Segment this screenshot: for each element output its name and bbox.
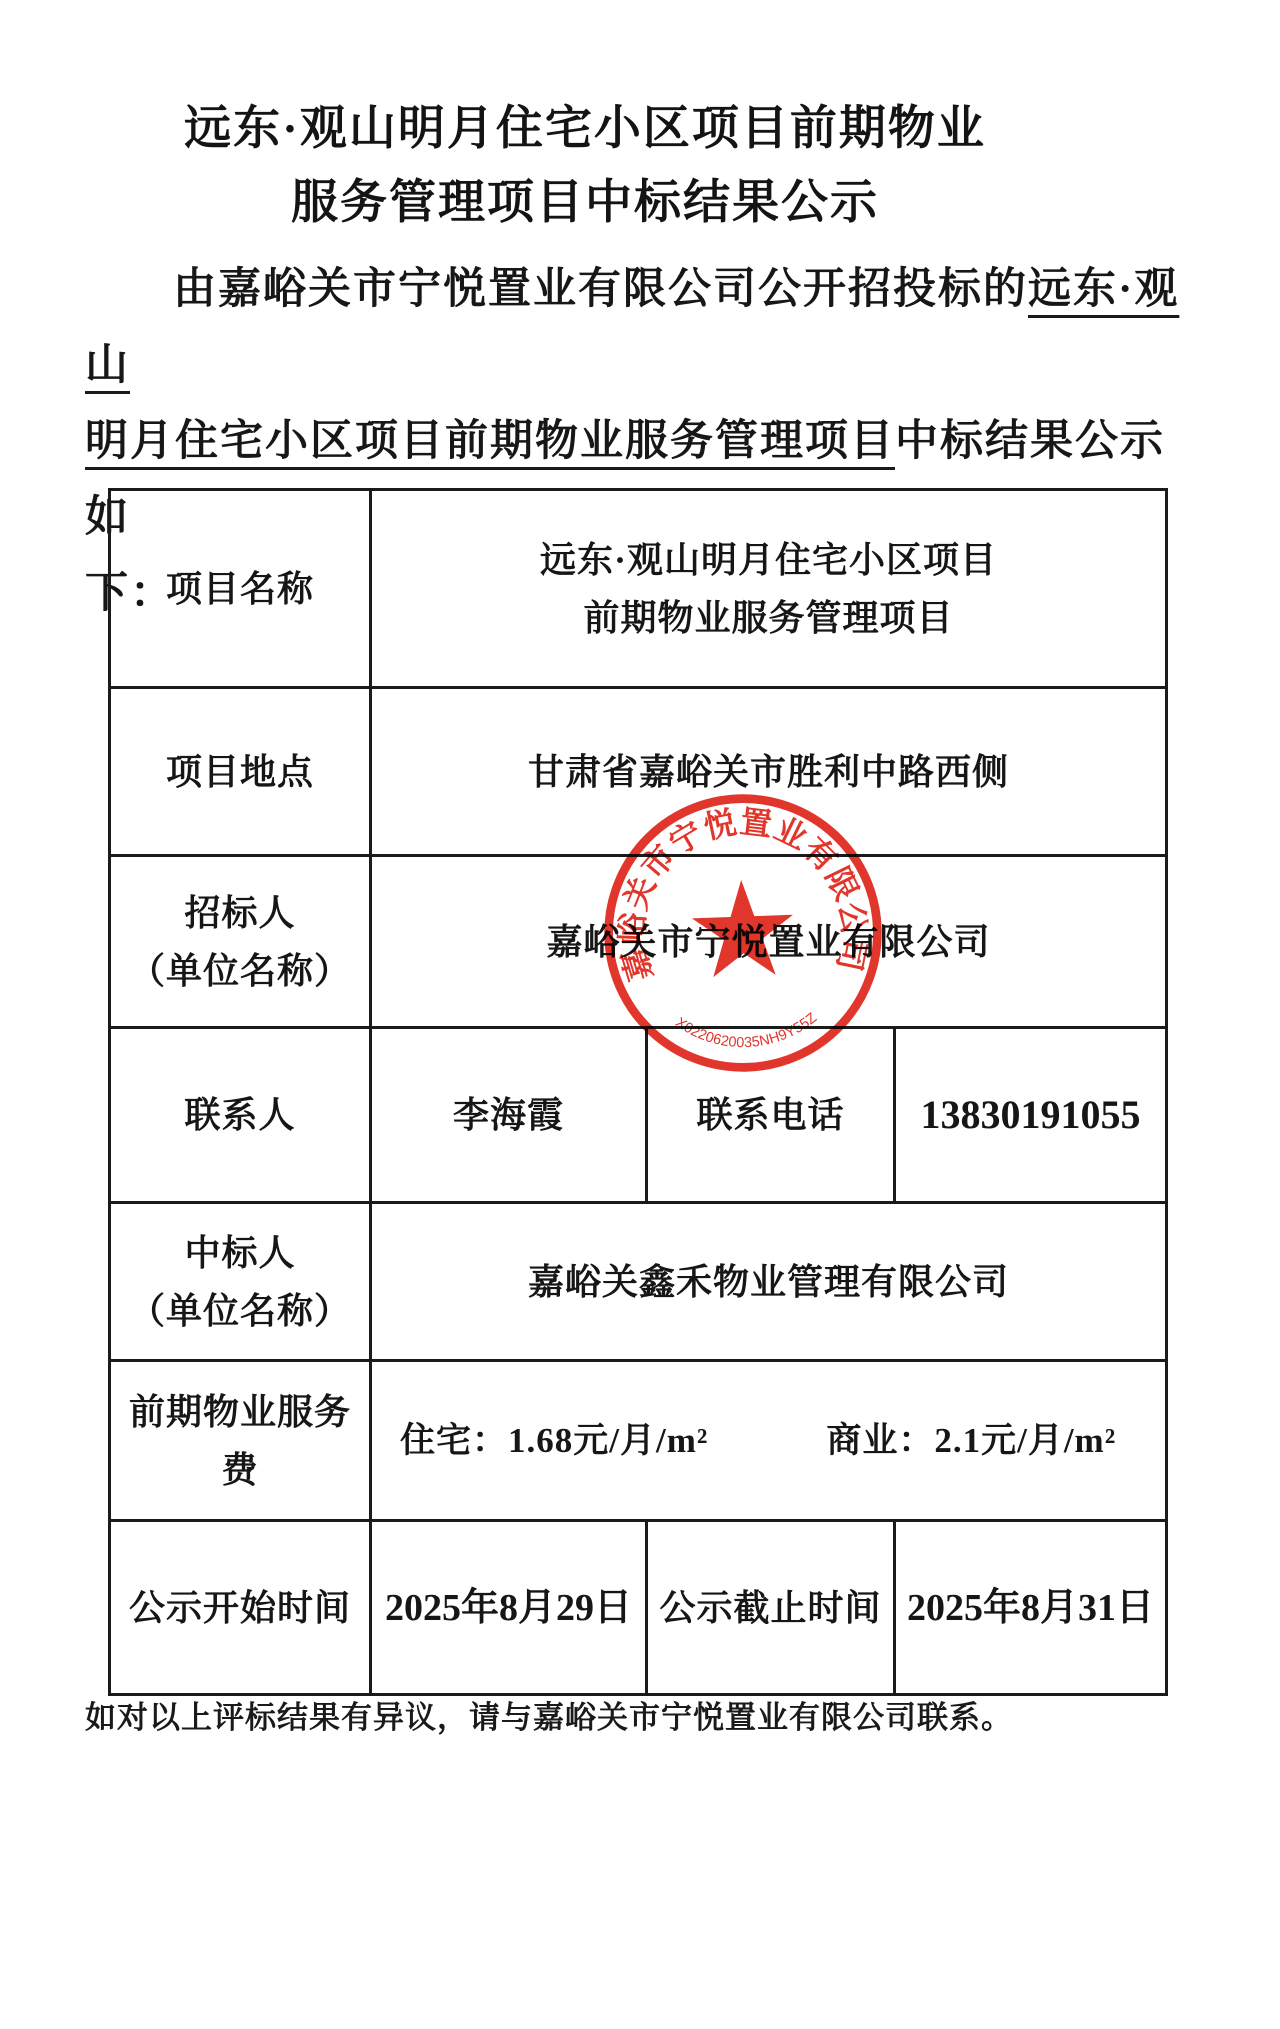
winner-value: 嘉峪关鑫禾物业管理有限公司 xyxy=(369,1204,1165,1359)
publicity-start-label: 公示开始时间 xyxy=(111,1522,369,1693)
table-row-publicity-period: 公示开始时间 2025年8月29日 公示截止时间 2025年8月31日 xyxy=(111,1519,1165,1693)
winner-label: 中标人 （单位名称） xyxy=(111,1204,369,1359)
project-name-label: 项目名称 xyxy=(111,491,369,686)
service-fee-residential: 住宅：1.68元/月/m² xyxy=(400,1412,708,1470)
intro-text: 由嘉峪关市宁悦置业有限公司公开招投标的 xyxy=(173,266,1028,313)
winner-label-line1: 中标人 xyxy=(184,1224,295,1282)
title-line-1: 远东·观山明月住宅小区项目前期物业 xyxy=(0,92,1170,166)
tenderer-label: 招标人 （单位名称） xyxy=(111,857,369,1026)
contact-phone-label: 联系电话 xyxy=(645,1029,893,1201)
winner-label-line2: （单位名称） xyxy=(129,1282,351,1340)
result-table: 项目名称 远东·观山明月住宅小区项目 前期物业服务管理项目 项目地点 甘肃省嘉峪… xyxy=(108,488,1168,1696)
tenderer-label-line1: 招标人 xyxy=(184,884,295,942)
table-row-contact: 联系人 李海霞 联系电话 13830191055 xyxy=(111,1026,1165,1201)
tenderer-label-line2: （单位名称） xyxy=(129,942,351,1000)
title-line-2: 服务管理项目中标结果公示 xyxy=(0,166,1170,240)
table-row-project-location: 项目地点 甘肃省嘉峪关市胜利中路西侧 xyxy=(111,686,1165,854)
page-title: 远东·观山明月住宅小区项目前期物业 服务管理项目中标结果公示 xyxy=(0,92,1170,240)
contact-person-label: 联系人 xyxy=(111,1029,369,1201)
intro-line-1: 由嘉峪关市宁悦置业有限公司公开招投标的远东·观山 xyxy=(85,252,1205,404)
service-fee-commercial: 商业：2.1元/月/m² xyxy=(826,1412,1116,1470)
tenderer-value: 嘉峪关市宁悦置业有限公司 xyxy=(369,857,1165,1026)
footer-note: 如对以上评标结果有异议，请与嘉峪关市宁悦置业有限公司联系。 xyxy=(85,1692,1205,1737)
table-row-service-fee: 前期物业服务费 住宅：1.68元/月/m² 商业：2.1元/月/m² xyxy=(111,1359,1165,1519)
project-name-value: 远东·观山明月住宅小区项目 前期物业服务管理项目 xyxy=(369,491,1165,686)
publicity-start-value: 2025年8月29日 xyxy=(369,1522,645,1693)
publicity-end-value: 2025年8月31日 xyxy=(893,1522,1165,1693)
project-name-value-line1: 远东·观山明月住宅小区项目 xyxy=(540,531,997,589)
table-row-winner: 中标人 （单位名称） 嘉峪关鑫禾物业管理有限公司 xyxy=(111,1201,1165,1359)
table-row-project-name: 项目名称 远东·观山明月住宅小区项目 前期物业服务管理项目 xyxy=(111,491,1165,686)
project-location-label: 项目地点 xyxy=(111,689,369,854)
service-fee-value: 住宅：1.68元/月/m² 商业：2.1元/月/m² xyxy=(369,1362,1165,1519)
table-row-tenderer: 招标人 （单位名称） 嘉峪关市宁悦置业有限公司 xyxy=(111,854,1165,1026)
document-page: { "document": { "title": { "line1": "远东·… xyxy=(0,0,1280,2029)
intro-underlined-project-name-part2: 明月住宅小区项目前期物业服务管理项目 xyxy=(85,418,895,465)
project-name-value-line2: 前期物业服务管理项目 xyxy=(583,589,953,647)
service-fee-label: 前期物业服务费 xyxy=(111,1362,369,1519)
publicity-end-label: 公示截止时间 xyxy=(645,1522,893,1693)
contact-phone-value: 13830191055 xyxy=(893,1029,1165,1201)
project-location-value: 甘肃省嘉峪关市胜利中路西侧 xyxy=(369,689,1165,854)
contact-person-value: 李海霞 xyxy=(369,1029,645,1201)
